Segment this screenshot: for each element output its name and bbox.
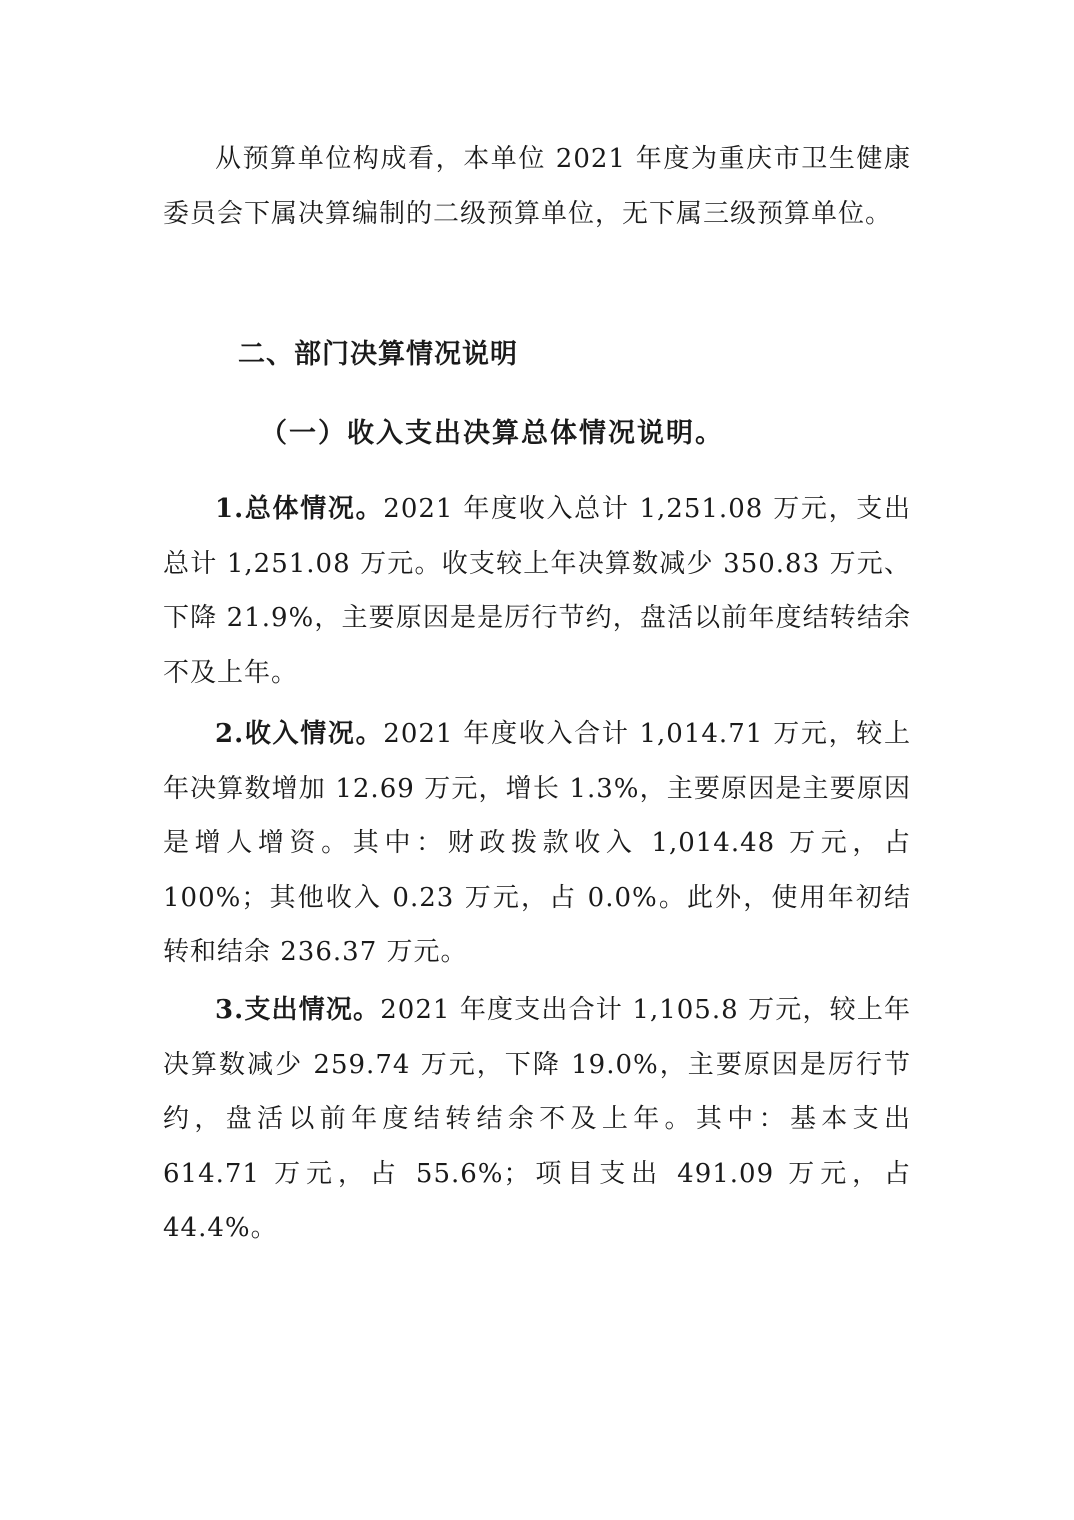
- expense-situation-lead: 3.支出情况。: [215, 995, 380, 1025]
- income-situation-paragraph: 2.收入情况。2021 年度收入合计 1,014.71 万元，较上年决算数增加 …: [163, 707, 911, 980]
- section-heading: 二、部门决算情况说明: [238, 333, 518, 377]
- subsection-heading: （一）收入支出决算总体情况说明。: [260, 412, 724, 456]
- expense-situation-paragraph: 3.支出情况。2021 年度支出合计 1,105.8 万元，较上年决算数减少 2…: [163, 983, 911, 1256]
- expense-situation-body: 2021 年度支出合计 1,105.8 万元，较上年决算数减少 259.74 万…: [163, 995, 911, 1243]
- income-situation-lead: 2.收入情况。: [215, 719, 383, 749]
- income-situation-body: 2021 年度收入合计 1,014.71 万元，较上年决算数增加 12.69 万…: [163, 719, 911, 967]
- overall-situation-paragraph: 1.总体情况。2021 年度收入总计 1,251.08 万元，支出总计 1,25…: [163, 482, 911, 700]
- overall-situation-lead: 1.总体情况。: [215, 494, 383, 524]
- intro-paragraph: 从预算单位构成看，本单位 2021 年度为重庆市卫生健康委员会下属决算编制的二级…: [163, 132, 911, 241]
